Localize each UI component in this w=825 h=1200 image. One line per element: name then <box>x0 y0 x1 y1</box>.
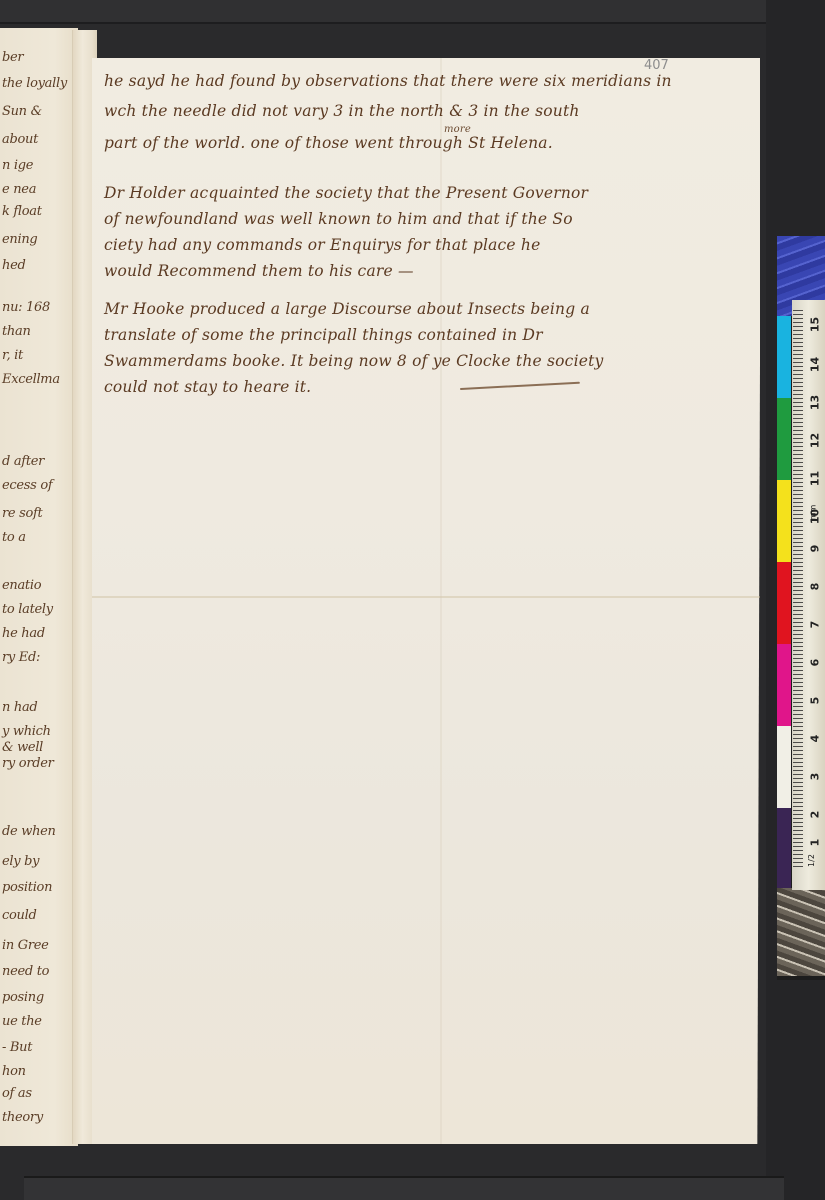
scale-label: 9 <box>809 540 822 558</box>
scale-label: 13 <box>809 394 822 412</box>
scale-label: 3 <box>809 768 822 786</box>
scale-fraction-label: 1/2 <box>807 854 816 867</box>
swatch-white <box>777 726 791 808</box>
scale-label: 4 <box>809 730 822 748</box>
manuscript-line: he sayd he had found by observations tha… <box>104 72 672 90</box>
left-fragment: n ige <box>2 158 33 173</box>
scale-label: 7 <box>809 616 822 634</box>
left-fragment: posing <box>2 990 44 1005</box>
manuscript-line: Dr Holder acquainted the society that th… <box>104 184 588 202</box>
left-fragment: ue the <box>2 1014 42 1029</box>
swatch-magenta <box>777 644 791 726</box>
manuscript-line: part of the world. one of those went thr… <box>104 134 553 152</box>
left-fragment: enatio <box>2 578 41 593</box>
left-fragment: ry Ed: <box>2 650 40 665</box>
swatch-red <box>777 562 791 644</box>
backdrop-top <box>0 0 825 24</box>
left-fragment: hon <box>2 1064 26 1079</box>
scale-label: 5 <box>809 692 822 710</box>
left-fragment: position <box>2 880 52 895</box>
manuscript-line: translate of some the principall things … <box>104 326 543 344</box>
scale-label: 11 <box>809 470 822 488</box>
left-fragment: y which <box>2 724 51 739</box>
scale-label: 15 <box>809 316 822 334</box>
manuscript-line: Mr Hooke produced a large Discourse abou… <box>104 300 590 318</box>
left-fragment: than <box>2 324 31 339</box>
fold-crease-horizontal <box>92 596 760 598</box>
scale-label: 2 <box>809 806 822 824</box>
scale-label: 8 <box>809 578 822 596</box>
left-fragment: Sun & <box>2 104 42 119</box>
scale-label: 14 <box>809 356 822 374</box>
left-fragment: - But <box>2 1040 32 1055</box>
scale-ticks <box>793 310 803 870</box>
manuscript-line: could not stay to heare it. <box>104 378 311 396</box>
swatch-yellow <box>777 480 791 562</box>
left-facing-page: ber the loyally Sun & about n ige e nea … <box>0 28 78 1146</box>
manuscript-line: Swammerdams booke. It being now 8 of ye … <box>104 352 603 370</box>
left-fragment: ely by <box>2 854 39 869</box>
left-fragment: ening <box>2 232 37 247</box>
left-fragment: need to <box>2 964 49 979</box>
left-fragment: the loyally <box>2 76 67 91</box>
swatch-violet <box>777 808 791 888</box>
left-fragment: to lately <box>2 602 53 617</box>
swatch-cyan <box>777 316 791 398</box>
left-fragment: d after <box>2 454 44 469</box>
left-fragment: he had <box>2 626 45 641</box>
left-fragment: about <box>2 132 38 147</box>
marbled-paper-sample-bottom <box>777 888 825 976</box>
left-fragment: ry order <box>2 756 54 771</box>
left-fragment: nu: 168 <box>2 300 50 315</box>
left-fragment: ber <box>2 50 23 65</box>
left-fragment: & well <box>2 740 43 755</box>
left-fragment: de when <box>2 824 56 839</box>
backdrop-bottom <box>24 1176 784 1200</box>
scale-unit-label: mm <box>808 505 817 521</box>
manuscript-line: would Recommend them to his care — <box>104 262 414 280</box>
scale-label: 12 <box>809 432 822 450</box>
left-fragment: to a <box>2 530 26 545</box>
scale-label: 6 <box>809 654 822 672</box>
left-fragment: re soft <box>2 506 42 521</box>
scale-label: 1 <box>809 834 822 852</box>
left-fragment: hed <box>2 258 26 273</box>
left-fragment: could <box>2 908 36 923</box>
left-fragment: k float <box>2 204 42 219</box>
left-fragment: of as <box>2 1086 32 1101</box>
left-fragment: theory <box>2 1110 43 1125</box>
manuscript-line: of newfoundland was well known to him an… <box>104 210 573 228</box>
manuscript-line: wch the needle did not vary 3 in the nor… <box>104 102 580 120</box>
left-fragment: ecess of <box>2 478 52 493</box>
left-fragment: n had <box>2 700 37 715</box>
left-fragment: Excellma <box>2 372 60 387</box>
swatch-green <box>777 398 791 480</box>
manuscript-line: ciety had any commands or Enquirys for t… <box>104 236 540 254</box>
left-fragment: in Gree <box>2 938 49 953</box>
left-fragment: e nea <box>2 182 36 197</box>
left-fragment: r, it <box>2 348 23 363</box>
folio-number: 407 <box>644 58 669 73</box>
